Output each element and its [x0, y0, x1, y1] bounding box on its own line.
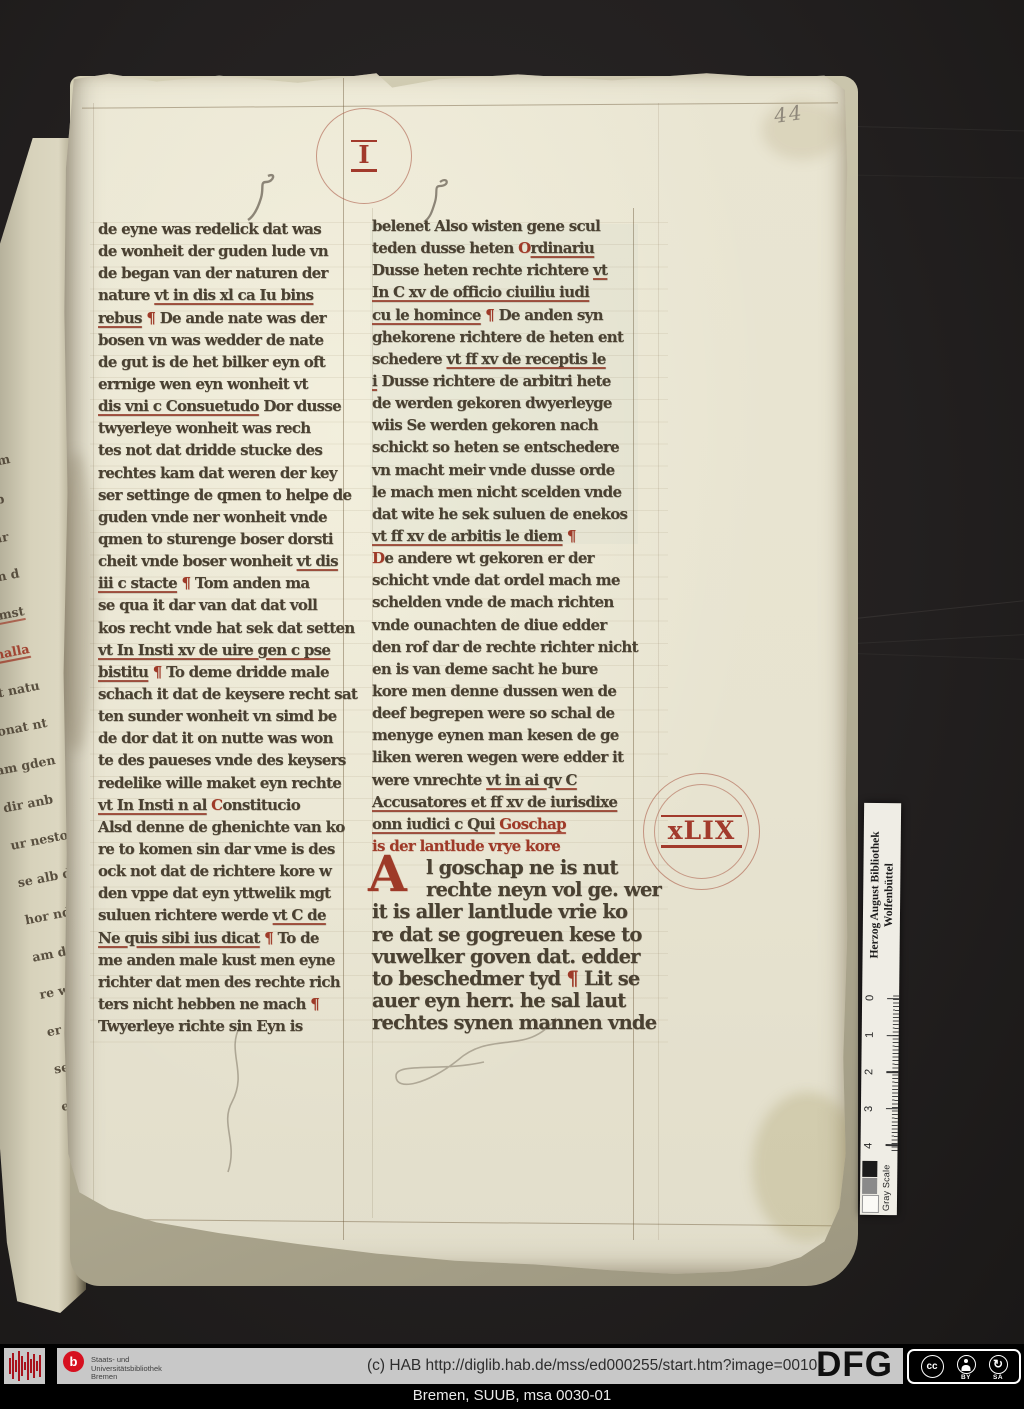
- ruler-number: 2: [863, 1069, 875, 1075]
- text-segment: rdinariu: [531, 239, 595, 257]
- manuscript-line: liken weren wegen were edder it: [372, 746, 640, 768]
- manuscript-line: Twyerleye richte sin Eyn is: [98, 1015, 350, 1037]
- gray-scale-swatches: [860, 1157, 882, 1215]
- manuscript-line: kore men denne dussen wen de: [372, 680, 640, 702]
- cc-by-label: BY: [961, 1374, 971, 1381]
- text-segment: schedere: [372, 350, 446, 368]
- text-segment: ¶: [148, 663, 161, 681]
- manuscript-line: ters nicht hebben ne mach ¶: [98, 993, 350, 1015]
- manuscript-line: den vppe dat eyn yttwelik mgt: [98, 882, 350, 904]
- manuscript-line: de eyne was redelick dat was: [98, 218, 350, 240]
- cc-by-icon: BY: [957, 1355, 976, 1374]
- text-segment: kore men denne dussen wen de: [372, 682, 616, 700]
- quire-signature: I: [351, 140, 376, 171]
- text-segment: am gden: [0, 752, 57, 778]
- text-segment: ur nesto: [9, 827, 69, 853]
- ruler-content: Gray Scale 43210 Herzog August Bibliothe…: [860, 803, 901, 1215]
- text-segment: teden dusse heten: [372, 239, 518, 257]
- text-segment: In C xv de officio ciuiliu iudi: [372, 283, 589, 301]
- folio-number: 44: [772, 100, 805, 128]
- barcode-bar: [39, 1355, 41, 1377]
- gray-scale-label: Gray Scale: [881, 1157, 892, 1215]
- text-segment: vt ff xv de receptis le: [446, 350, 605, 368]
- text-segment: de eyne was redelick dat was: [98, 220, 321, 238]
- manuscript-line: de dor dat it on nutte was won: [98, 727, 350, 749]
- text-segment: vt In Insti xv de uire gen c pse: [98, 641, 330, 659]
- text-segment: it is aller lantlude vrie ko: [372, 900, 627, 923]
- manuscript-line: de werden gekoren dwyerleyge: [372, 392, 640, 414]
- manuscript-line: nature vt in dis xl ca Iu bins: [98, 284, 350, 306]
- manuscript-line: ser settinge de qmen to helpe de: [98, 484, 350, 506]
- text-segment: dir anb: [2, 791, 54, 815]
- text-segment: rdet dar: [0, 529, 10, 555]
- text-segment: den rof dar de rechte richter nicht: [372, 638, 638, 656]
- manuscript-page: 44 I xLIX: [62, 72, 848, 1274]
- text-segment: donat nt: [0, 715, 48, 741]
- barcode-bar: [27, 1352, 29, 1380]
- barcode-bar: [9, 1358, 11, 1374]
- text-segment: rebus: [98, 309, 142, 327]
- manuscript-line: rechtes synen mannen vnde: [372, 1012, 640, 1034]
- text-segment: iii c stacte: [98, 574, 177, 592]
- manuscript-line: bosen vn was wedder de nate: [98, 329, 350, 351]
- manuscript-line: richter dat men des rechte rich: [98, 971, 350, 993]
- text-segment: ¶: [260, 929, 273, 947]
- manuscript-line: en is van deme sacht he bure: [372, 658, 640, 680]
- suub-barcode-logo: [4, 1348, 45, 1384]
- text-segment: de wonheit der guden lude vn: [98, 242, 328, 260]
- barcode-bar: [18, 1351, 20, 1381]
- text-segment: schach it dat de keysere recht sat: [98, 685, 357, 703]
- text-segment: guden vnde ner wonheit vnde: [98, 508, 327, 526]
- ruler-major-tick: [886, 1071, 898, 1073]
- text-segment: cheit vnde boser wonheit: [98, 552, 297, 570]
- manuscript-line: to beschedmer tyd ¶ Lit se: [372, 968, 640, 990]
- manuscript-line: it is aller lantlude vrie ko: [372, 901, 640, 923]
- suub-logo: b: [63, 1351, 84, 1372]
- library-name: Staats- und Universitätsbibliothek Breme…: [91, 1356, 162, 1382]
- manuscript-line: schelden vnde de mach richten: [372, 591, 640, 613]
- ruler-major-tick: [886, 1108, 898, 1110]
- manuscript-line: schickt so heten se entschedere: [372, 436, 640, 458]
- ruling-line: [78, 1219, 838, 1227]
- text-segment: re to komen sin dar vme is des: [98, 840, 335, 858]
- text-segment: were vnrechte: [372, 771, 486, 789]
- ruler-number: 3: [863, 1106, 875, 1112]
- text-segment: De ande nate was der: [155, 309, 326, 327]
- text-segment: bosen vn was wedder de nate: [98, 331, 323, 349]
- text-segment: errnige wen eyn wonheit vt: [98, 375, 308, 393]
- pen-flourish: [244, 172, 278, 222]
- text-segment: vt: [593, 261, 607, 279]
- text-segment: wiis Se werden gekoren nach: [372, 416, 598, 434]
- manuscript-line: vt ff xv de arbitis le diem ¶: [372, 525, 640, 547]
- text-segment: ¶: [177, 574, 190, 592]
- text-segment: menyge eynen man kesen de ge: [372, 726, 619, 744]
- ruler-number: 1: [864, 1032, 876, 1038]
- manuscript-line: kos recht vnde hat sek dat setten: [98, 617, 350, 639]
- text-segment: mst vn b: [0, 491, 5, 517]
- ruler-major-ticks: [885, 987, 899, 1157]
- ruler-major-tick: [887, 998, 899, 1000]
- barcode-bar: [21, 1356, 23, 1376]
- ruler-major-tick: [887, 1035, 899, 1037]
- manuscript-line: de began van der naturen der: [98, 262, 350, 284]
- text-segment: cu le homince: [372, 306, 481, 324]
- text-segment: dat wite he sek suluen de enekos: [372, 505, 627, 523]
- text-segment: To de: [273, 929, 319, 947]
- text-segment: schelden vnde de mach richten: [372, 593, 614, 611]
- manuscript-line: vuwelker goven dat. edder: [372, 946, 640, 968]
- manuscript-line: cu le homince ¶ De anden syn: [372, 304, 640, 326]
- text-segment: re dat se gogreuen kese to: [372, 923, 642, 946]
- manuscript-line: le mach men nicht scelden vnde: [372, 481, 640, 503]
- scan-viewer: ere awegsmdder dugr st nF m denen ¶ dt n…: [0, 0, 1024, 1409]
- text-segment: kos recht vnde hat sek dat setten: [98, 619, 355, 637]
- copyright-url: (c) HAB http://diglib.hab.de/mss/ed00025…: [367, 1348, 826, 1384]
- text-column-left: de eyne was redelick dat wasde wonheit d…: [98, 218, 350, 1037]
- manuscript-line: were vnrechte vt in ai qv C: [372, 769, 640, 791]
- manuscript-line: rebus ¶ De ande nate was der: [98, 307, 350, 329]
- manuscript-line: belenet Also wisten gene scul: [372, 215, 640, 237]
- text-segment: vt C de: [273, 906, 326, 924]
- cc-sa-icon: ↻ SA: [989, 1355, 1008, 1374]
- manuscript-line: bistitu ¶ To deme dridde male: [98, 661, 350, 683]
- text-segment: se qua it dar van dat dat voll: [98, 596, 317, 614]
- manuscript-line: me anden male kust men eyne: [98, 949, 350, 971]
- share-alike-arrow-icon: ↻: [993, 1358, 1003, 1370]
- text-segment: to beschedmer tyd: [372, 967, 566, 990]
- text-segment: de werden gekoren dwyerleyge: [372, 394, 612, 412]
- person-icon-body: [962, 1365, 971, 1371]
- manuscript-line: Ne quis sibi ius dicat ¶ To de: [98, 927, 350, 949]
- text-segment: e sy vn d: [0, 565, 21, 591]
- swatch-white: [862, 1195, 879, 1213]
- text-segment: deef begrepen were so schal de: [372, 704, 614, 722]
- manuscript-line: wiis Se werden gekoren nach: [372, 414, 640, 436]
- text-segment: Dor dusse: [259, 397, 341, 415]
- manuscript-line: de wonheit der guden lude vn: [98, 240, 350, 262]
- manuscript-line: deef begrepen were so schal de: [372, 702, 640, 724]
- text-segment: e br mst: [0, 603, 25, 629]
- text-segment: To deme dridde male: [162, 663, 329, 681]
- text-segment: ¶: [481, 306, 494, 324]
- text-segment: 16 de nam: [0, 451, 11, 480]
- swatch-gray: [862, 1178, 877, 1194]
- text-segment: de gut is de het bilker eyn oft: [98, 353, 325, 371]
- ruler-numbers: 43210: [862, 987, 876, 1157]
- manuscript-line: cheit vnde boser wonheit vt dis: [98, 550, 350, 572]
- ruler-scale: 43210: [860, 987, 899, 1157]
- manuscript-line: vnde ounachten de diue edder: [372, 614, 640, 636]
- ruler-number: 0: [864, 995, 876, 1001]
- manuscript-line: tes not dat dridde stucke des: [98, 439, 350, 461]
- binding-thread: [840, 174, 1024, 178]
- chapter-number-inner-ring: xLIX: [654, 784, 749, 879]
- cc-license-border: cc BY ↻ SA: [907, 1349, 1021, 1384]
- text-segment: Alsd denne de ghenichte van ko: [98, 818, 345, 836]
- text-segment: Goschap: [499, 815, 566, 833]
- manuscript-line: vt In Insti n al Constitucio: [98, 794, 350, 816]
- text-segment: ters nicht hebben ne mach: [98, 995, 310, 1013]
- text-segment: ¶: [310, 995, 319, 1013]
- text-segment: Accusatores et ff xv de iurisdixe: [372, 793, 617, 811]
- manuscript-line: re dat se gogreuen kese to: [372, 924, 640, 946]
- manuscript-line: De andere wt gekoren er der: [372, 547, 640, 569]
- manuscript-line: ock not dat de richtere kore w: [98, 860, 350, 882]
- ruler-library-name: Herzog August Bibliothek Wolfenbüttel: [862, 803, 901, 987]
- ruler-major-tick: [886, 1145, 898, 1147]
- gutter-text-line: ere aw: [0, 138, 21, 193]
- text-segment: vn macht meir vnde dusse orde: [372, 461, 614, 479]
- text-segment: C: [211, 796, 222, 814]
- cc-license-badge: cc BY ↻ SA: [906, 1348, 1022, 1385]
- text-segment: l goschap ne is nut: [426, 856, 618, 879]
- text-segment: dis vni c Consuetudo: [98, 397, 259, 415]
- text-segment: se alb d: [16, 865, 72, 890]
- gray-scale-block: Gray Scale: [860, 1157, 898, 1215]
- manuscript-line: Dusse heten rechte richtere vt: [372, 259, 640, 281]
- manuscript-line: iii c stacte ¶ Tom anden ma: [98, 572, 350, 594]
- barcode-bar: [33, 1354, 35, 1378]
- text-segment: ock not dat de richtere kore w: [98, 862, 331, 880]
- manuscript-line: re to komen sin dar vme is des: [98, 838, 350, 860]
- person-icon: [964, 1359, 968, 1363]
- rubricated-initial: A: [368, 844, 407, 903]
- text-segment: det natu: [0, 678, 41, 704]
- text-segment: belenet Also wisten gene scul: [372, 217, 600, 235]
- text-segment: de nalla: [0, 641, 31, 666]
- manuscript-line: teden dusse heten Ordinariu: [372, 237, 640, 259]
- text-segment: twyerleye wonheit was rech: [98, 419, 310, 437]
- manuscript-line: twyerleye wonheit was rech: [98, 417, 350, 439]
- text-segment: ¶: [562, 527, 575, 545]
- text-column-right: belenet Also wisten gene sculteden dusse…: [372, 215, 640, 1034]
- manuscript-line: se qua it dar van dat dat voll: [98, 594, 350, 616]
- text-segment: Tom anden ma: [190, 574, 309, 592]
- manuscript-line: den rof dar de rechte richter nicht: [372, 636, 640, 658]
- ruler-number: 4: [863, 1143, 875, 1149]
- ruling-line: [82, 102, 838, 108]
- text-segment: de began van der naturen der: [98, 264, 328, 282]
- text-segment: schickt so heten se entschedere: [372, 438, 619, 456]
- barcode-bar: [36, 1361, 38, 1371]
- text-segment: redelike wille maket eyn rechte: [98, 774, 341, 792]
- text-segment: ser settinge de qmen to helpe de: [98, 486, 351, 504]
- manuscript-line: menyge eynen man kesen de ge: [372, 724, 640, 746]
- text-segment: schicht vnde dat ordel mach me: [372, 571, 620, 589]
- cc-icon: cc: [921, 1355, 944, 1378]
- manuscript-line: te des paueses vnde des keysers: [98, 749, 350, 771]
- manuscript-line: l goschap ne is nut: [372, 857, 640, 879]
- cc-sa-label: SA: [993, 1374, 1003, 1381]
- manuscript-line: rechte neyn vol ge. wer: [372, 879, 640, 901]
- quire-signature-circle: I: [316, 108, 412, 204]
- text-segment: te des paueses vnde des keysers: [98, 751, 346, 769]
- manuscript-line: onn iudici c Qui Goschap: [372, 813, 640, 835]
- text-segment: le mach men nicht scelden vnde: [372, 483, 621, 501]
- text-segment: nature: [98, 286, 154, 304]
- manuscript-line: vt In Insti xv de uire gen c pse: [98, 639, 350, 661]
- text-segment: e andere wt gekoren er der: [384, 549, 594, 567]
- text-segment: liken weren wegen were edder it: [372, 748, 623, 766]
- manuscript-line: guden vnde ner wonheit vnde: [98, 506, 350, 528]
- manuscript-line: auer eyn herr. he sal laut: [372, 990, 640, 1012]
- shelfmark-caption: Bremen, SUUB, msa 0030-01: [0, 1387, 1024, 1404]
- manuscript-line: vn macht meir vnde dusse orde: [372, 459, 640, 481]
- text-segment: D: [372, 549, 384, 567]
- manuscript-line: schedere vt ff xv de receptis le: [372, 348, 640, 370]
- library-name-line3: Bremen: [91, 1373, 162, 1382]
- manuscript-line: schicht vnde dat ordel mach me: [372, 569, 640, 591]
- manuscript-line: ghekorene richtere de heten ent: [372, 326, 640, 348]
- text-segment: tes not dat dridde stucke des: [98, 441, 322, 459]
- text-segment: vt in ai qv C: [486, 771, 577, 789]
- manuscript-line: errnige wen eyn wonheit vt: [98, 373, 350, 395]
- manuscript-line: suluen richtere werde vt C de: [98, 904, 350, 926]
- chapter-number-circle: xLIX: [643, 773, 760, 890]
- text-segment: rechtes synen mannen vnde: [372, 1011, 656, 1034]
- text-segment: O: [518, 239, 530, 257]
- gray-scale-ruler: Gray Scale 43210 Herzog August Bibliothe…: [860, 803, 901, 1215]
- manuscript-line: Alsd denne de ghenichte van ko: [98, 816, 350, 838]
- manuscript-line: schach it dat de keysere recht sat: [98, 683, 350, 705]
- text-segment: onstitucio: [222, 796, 300, 814]
- swatch-black: [862, 1161, 877, 1177]
- text-segment: vt dis: [297, 552, 338, 570]
- text-segment: ghekorene richtere de heten ent: [372, 328, 623, 346]
- manuscript-line: dis vni c Consuetudo Dor dusse: [98, 395, 350, 417]
- text-segment: me anden male kust men eyne: [98, 951, 335, 969]
- text-segment: Twyerleye richte sin Eyn is: [98, 1017, 302, 1035]
- manuscript-line: de gut is de het bilker eyn oft: [98, 351, 350, 373]
- manuscript-line: redelike wille maket eyn rechte: [98, 772, 350, 794]
- text-segment: vt ff xv de arbitis le diem: [372, 527, 562, 545]
- text-segment: ten sunder wonheit vn simd be: [98, 707, 336, 725]
- text-segment: bistitu: [98, 663, 148, 681]
- text-segment: vt in dis xl ca Iu bins: [154, 286, 313, 304]
- text-segment: vnde ounachten de diue edder: [372, 616, 607, 634]
- dfg-logo: DFG: [816, 1345, 893, 1385]
- chapter-number: xLIX: [661, 815, 743, 848]
- manuscript-line: rechtes kam dat weren der key: [98, 462, 350, 484]
- text-segment: qmen to sturenge boser dorsti: [98, 530, 333, 548]
- footer-bar: b Staats- und Universitätsbibliothek Bre…: [57, 1348, 903, 1384]
- pen-flourish: [214, 1024, 260, 1174]
- text-segment: Ne quis sibi ius dicat: [98, 929, 260, 947]
- barcode-bar: [12, 1353, 14, 1379]
- text-segment: richter dat men des rechte rich: [98, 973, 340, 991]
- ruler-library-line2: Wolfenbüttel: [881, 803, 897, 987]
- text-segment: den vppe dat eyn yttwelik mgt: [98, 884, 330, 902]
- text-segment: Lit se: [578, 967, 640, 990]
- text-segment: rechte neyn vol ge. wer: [426, 878, 661, 901]
- manuscript-line: ten sunder wonheit vn simd be: [98, 705, 350, 727]
- text-segment: Dusse richtere de arbitri hete: [377, 372, 611, 390]
- text-segment: vt In Insti n al: [98, 796, 207, 814]
- manuscript-line: qmen to sturenge boser dorsti: [98, 528, 350, 550]
- barcode-bar: [24, 1362, 26, 1370]
- manuscript-line: i Dusse richtere de arbitri hete: [372, 370, 640, 392]
- text-segment: Dusse heten rechte richtere: [372, 261, 593, 279]
- text-segment: ¶: [142, 309, 155, 327]
- text-segment: rechtes kam dat weren der key: [98, 464, 337, 482]
- text-segment: en is van deme sacht he bure: [372, 660, 598, 678]
- text-segment: auer eyn herr. he sal laut: [372, 989, 626, 1012]
- text-segment: onn iudici c Qui: [372, 815, 495, 833]
- manuscript-line: is der lantlude vrye kore: [372, 835, 640, 857]
- manuscript-line: dat wite he sek suluen de enekos: [372, 503, 640, 525]
- photo-background: ere awegsmdder dugr st nF m denen ¶ dt n…: [0, 0, 1024, 1344]
- binding-thread: [840, 126, 1024, 132]
- barcode-bar: [30, 1359, 32, 1373]
- text-segment: de dor dat it on nutte was won: [98, 729, 333, 747]
- text-segment: ¶: [566, 967, 578, 990]
- barcode-bar: [15, 1360, 17, 1372]
- text-segment: De anden syn: [494, 306, 603, 324]
- text-segment: suluen richtere werde: [98, 906, 273, 924]
- text-segment: vuwelker goven dat. edder: [372, 945, 640, 968]
- manuscript-line: Accusatores et ff xv de iurisdixe: [372, 791, 640, 813]
- manuscript-line: In C xv de officio ciuiliu iudi: [372, 281, 640, 303]
